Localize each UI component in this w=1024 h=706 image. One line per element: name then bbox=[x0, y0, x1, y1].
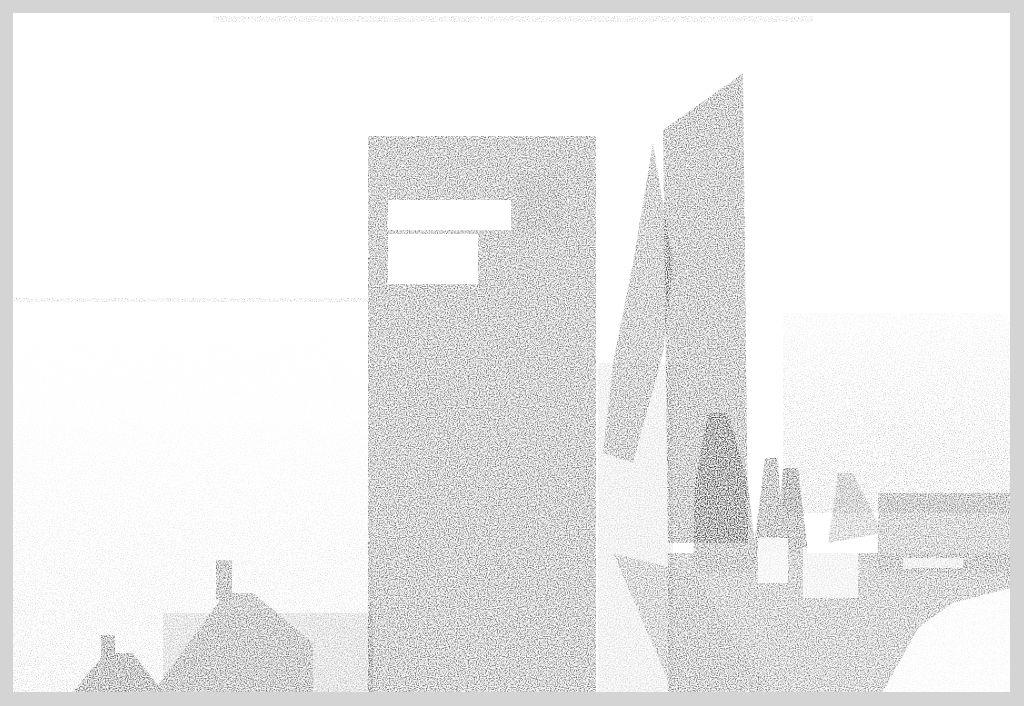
photo-frame bbox=[13, 13, 1010, 692]
tower-window-upper bbox=[388, 200, 511, 230]
tower-window-lower bbox=[388, 234, 478, 284]
dithered-photo bbox=[13, 13, 1010, 692]
kiln-light-block bbox=[758, 538, 788, 583]
building-ledge bbox=[903, 558, 963, 568]
kiln-light-block-2 bbox=[803, 548, 858, 598]
